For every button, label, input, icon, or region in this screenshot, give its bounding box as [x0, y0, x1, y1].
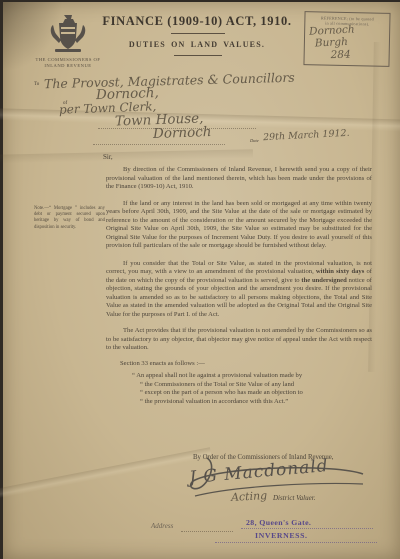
date-value: 29th March 1912.	[263, 128, 350, 144]
quote-line: “ the Commissioners of the Total or Site…	[132, 381, 372, 390]
addressee-name: The Provost, Magistrates & Councillors	[44, 70, 295, 92]
photo-background: THE COMMISSIONERS OF INLAND REVENUE FINA…	[0, 0, 400, 559]
bold-within-sixty-days: within sixty days	[316, 268, 364, 275]
section-intro: Section 33 enacts as follows :—	[106, 360, 372, 369]
statute-quote: “ An appeal shall not lie against a prov…	[132, 372, 372, 406]
addressee-town-line: Dornoch	[153, 124, 212, 142]
paragraph-3: If you consider that the Total or Site V…	[106, 260, 372, 320]
document-title: FINANCE (1909-10) ACT, 1910.	[91, 14, 303, 29]
ruled-line	[181, 531, 233, 532]
ruled-line	[215, 542, 377, 543]
reference-box: REFERENCE; (to be quoted in all communic…	[303, 11, 390, 67]
stamp-address-line1: 28, Queen's Gate.	[246, 518, 311, 527]
bold-the-undersigned: the undersigned	[301, 277, 346, 284]
date-label: Date	[250, 138, 259, 143]
crest-caption-line2: INLAND REVENUE	[11, 63, 125, 69]
stamp-address-line2: INVERNESS.	[255, 531, 308, 540]
royal-coat-of-arms-icon	[49, 13, 87, 55]
reference-handwriting-line3: 284	[330, 50, 350, 62]
title-rule	[171, 33, 225, 34]
quote-line: “ An appeal shall not lie against a prov…	[132, 372, 372, 381]
quote-line: “ except on the part of a person who has…	[132, 389, 372, 398]
subtitle-rule	[174, 55, 222, 56]
crest-caption: THE COMMISSIONERS OF INLAND REVENUE	[11, 57, 125, 69]
paper-crease	[0, 149, 253, 163]
signature-role-printed: District Valuer.	[273, 494, 315, 502]
signature-role-handwritten: Acting	[231, 489, 268, 504]
ruled-line	[93, 144, 225, 145]
to-label: To	[34, 82, 39, 87]
reference-handwriting-line2: Burgh	[315, 37, 348, 50]
document-subtitle: DUTIES ON LAND VALUES.	[91, 40, 303, 49]
paragraph-1: By direction of the Commissioners of Inl…	[106, 166, 372, 192]
salutation: Sir,	[103, 153, 113, 161]
quote-line: “ the provisional valuation in accordanc…	[132, 398, 372, 407]
letter-body: By direction of the Commissioners of Inl…	[106, 166, 372, 406]
paragraph-2: If the land or any interest in the land …	[106, 200, 372, 251]
ruled-line	[241, 528, 373, 529]
paragraph-4: The Act provides that if the provisional…	[106, 327, 372, 353]
document-page: THE COMMISSIONERS OF INLAND REVENUE FINA…	[3, 2, 400, 559]
address-label: Address	[151, 522, 173, 530]
margin-note: Note.—“ Mortgage ” includes any debt or …	[34, 206, 105, 231]
